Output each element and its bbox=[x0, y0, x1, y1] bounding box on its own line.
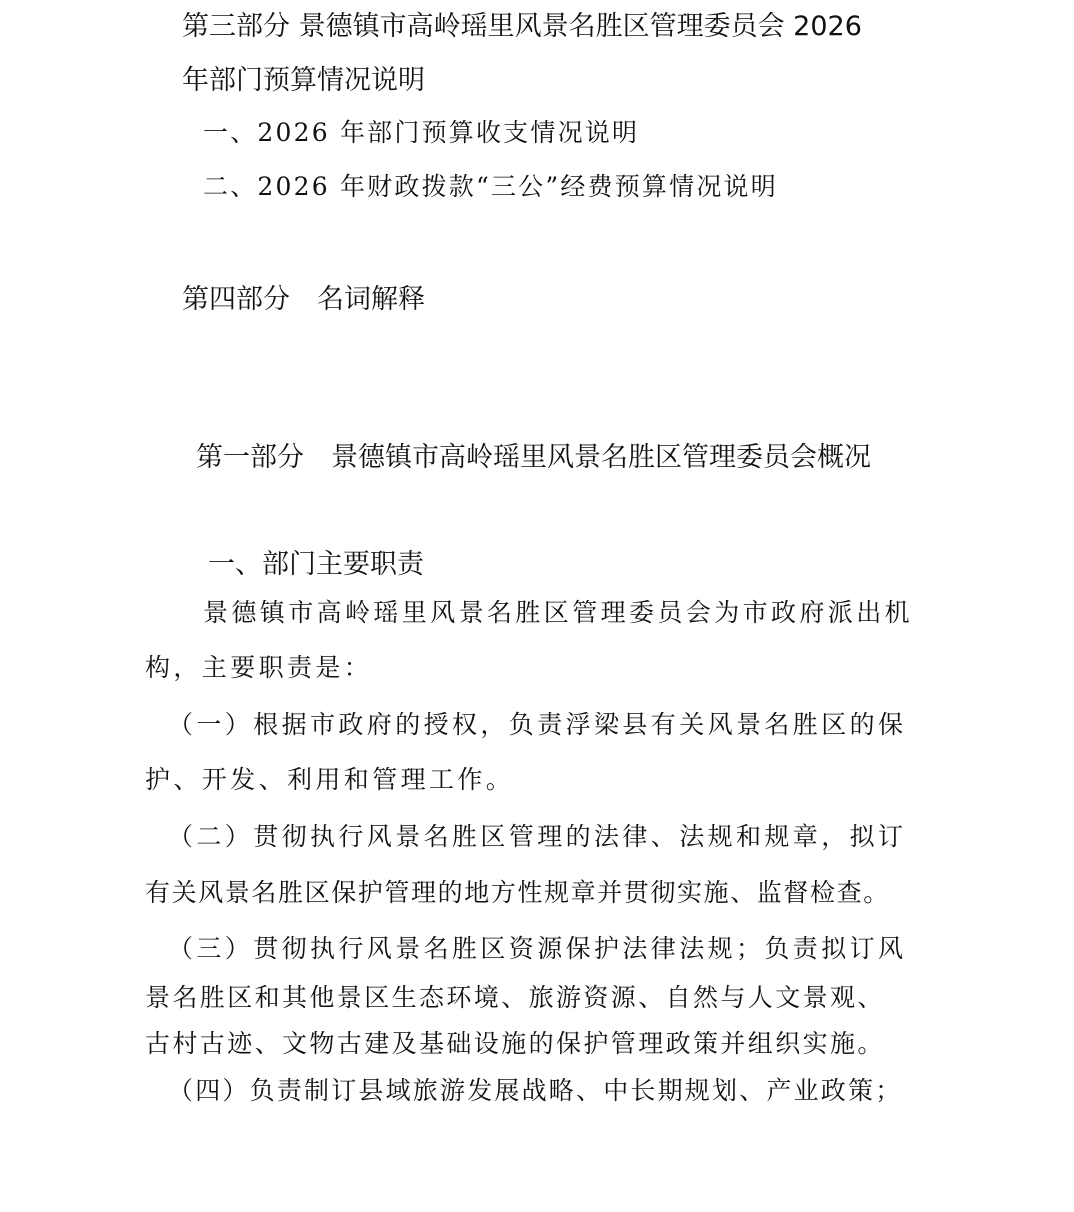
paragraph-line: （四）负责制订县域旅游发展战略、中长期规划、产业政策； bbox=[168, 1071, 902, 1107]
part3-title-line2: 年部门预算情况说明 bbox=[182, 58, 425, 97]
paragraph-line: （三）贯彻执行风景名胜区资源保护法律法规；负责拟订风 bbox=[168, 929, 906, 965]
toc-item-2: 二、2026 年财政拨款“三公”经费预算情况说明 bbox=[203, 167, 778, 203]
paragraph-line: 景名胜区和其他景区生态环境、旅游资源、自然与人文景观、 bbox=[145, 978, 885, 1014]
paragraph-line: 古村古迹、文物古建及基础设施的保护管理政策并组织实施。 bbox=[145, 1024, 885, 1060]
part4-title: 第四部分 名词解释 bbox=[182, 277, 425, 316]
paragraph-line: 护、开发、利用和管理工作。 bbox=[145, 760, 514, 796]
paragraph-line: 有关风景名胜区保护管理的地方性规章并贯彻实施、监督检查。 bbox=[145, 873, 890, 909]
toc-item-1: 一、2026 年部门预算收支情况说明 bbox=[203, 113, 639, 149]
paragraph-line: 景德镇市高岭瑶里风景名胜区管理委员会为市政府派出机 bbox=[203, 593, 913, 629]
part3-title-line1: 第三部分 景德镇市高岭瑶里风景名胜区管理委员会 2026 bbox=[182, 4, 862, 43]
section-heading: 一、部门主要职责 bbox=[208, 542, 424, 581]
part1-title: 第一部分 景德镇市高岭瑶里风景名胜区管理委员会概况 bbox=[196, 435, 871, 474]
paragraph-line: 构，主要职责是： bbox=[145, 648, 372, 684]
paragraph-line: （二）贯彻执行风景名胜区管理的法律、法规和规章，拟订 bbox=[168, 817, 906, 853]
paragraph-line: （一）根据市政府的授权，负责浮梁县有关风景名胜区的保 bbox=[168, 705, 906, 741]
